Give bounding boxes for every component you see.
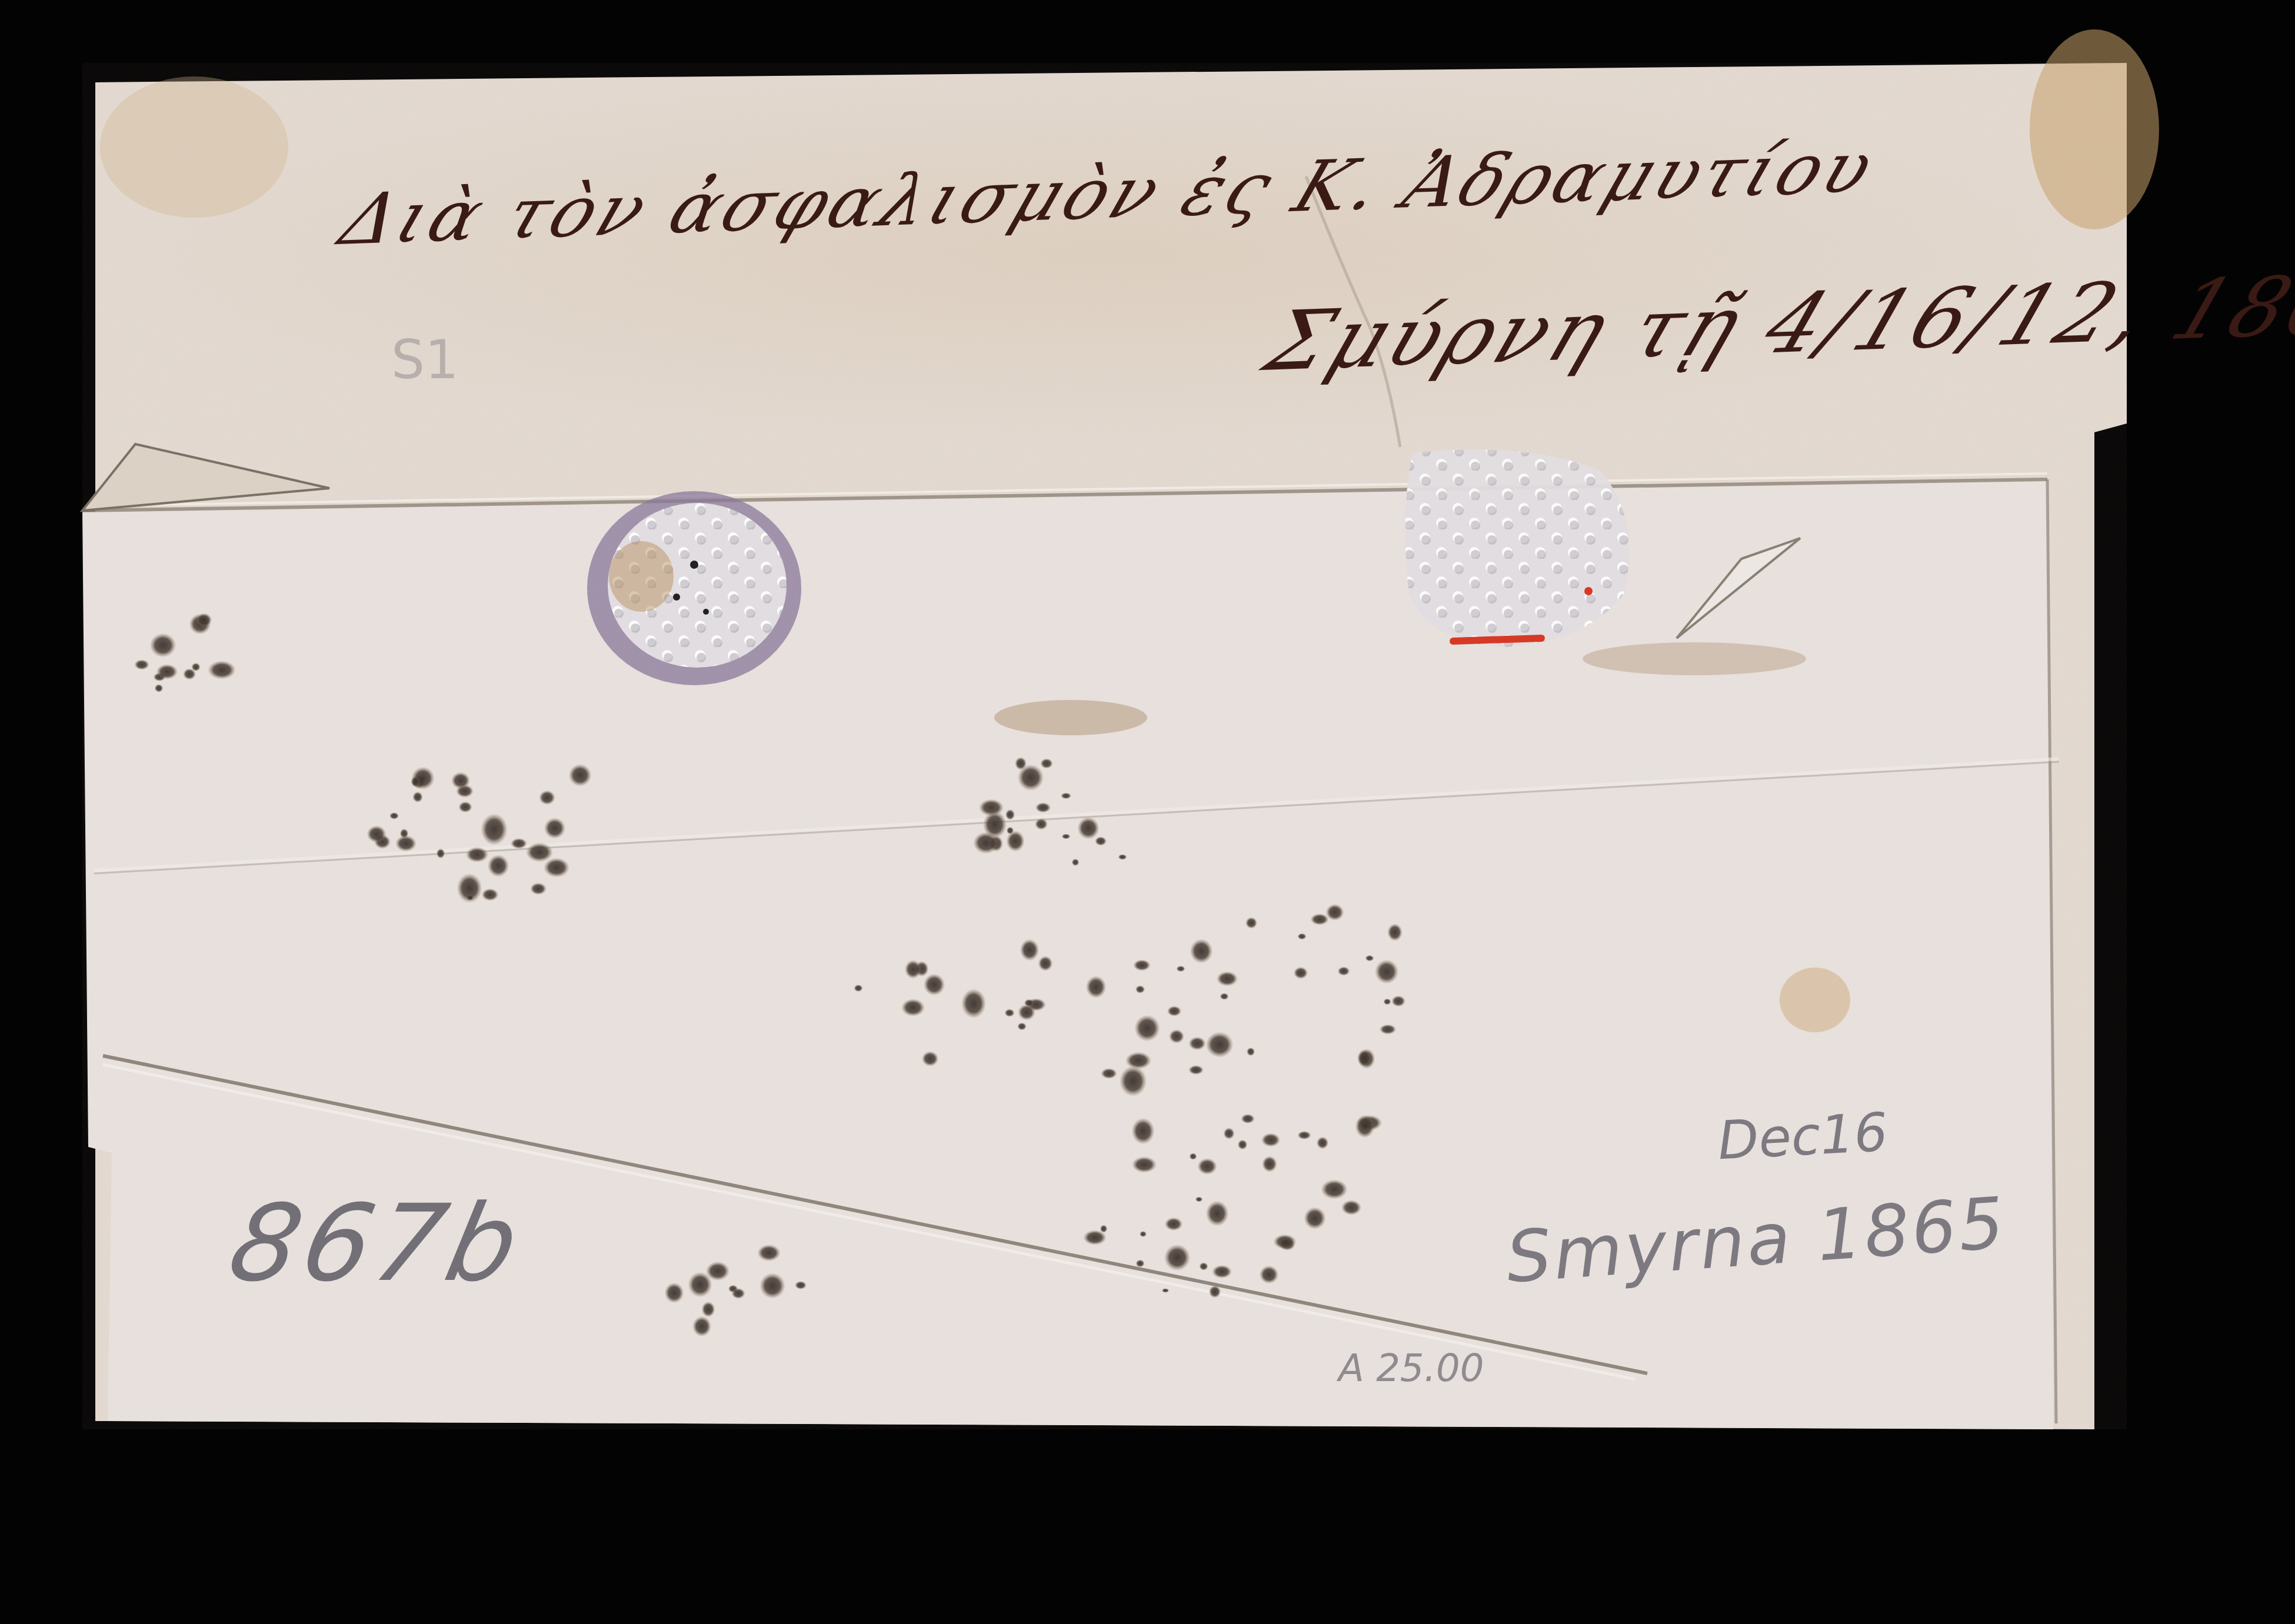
left-wafer-seal [587,491,801,685]
pencil-price-note: A 25.00 [1338,1347,1484,1390]
pencil-date-note: Dec16 [1716,1102,1889,1172]
catalog-number: 867b [219,1182,534,1305]
faint-pencil-mark: S1 [391,329,458,391]
envelope-photo: Διὰ τὸν ἀσφαλισμὸν ἐς Κ. Ἀδραμυτίου Σμύρ… [0,0,2295,1624]
